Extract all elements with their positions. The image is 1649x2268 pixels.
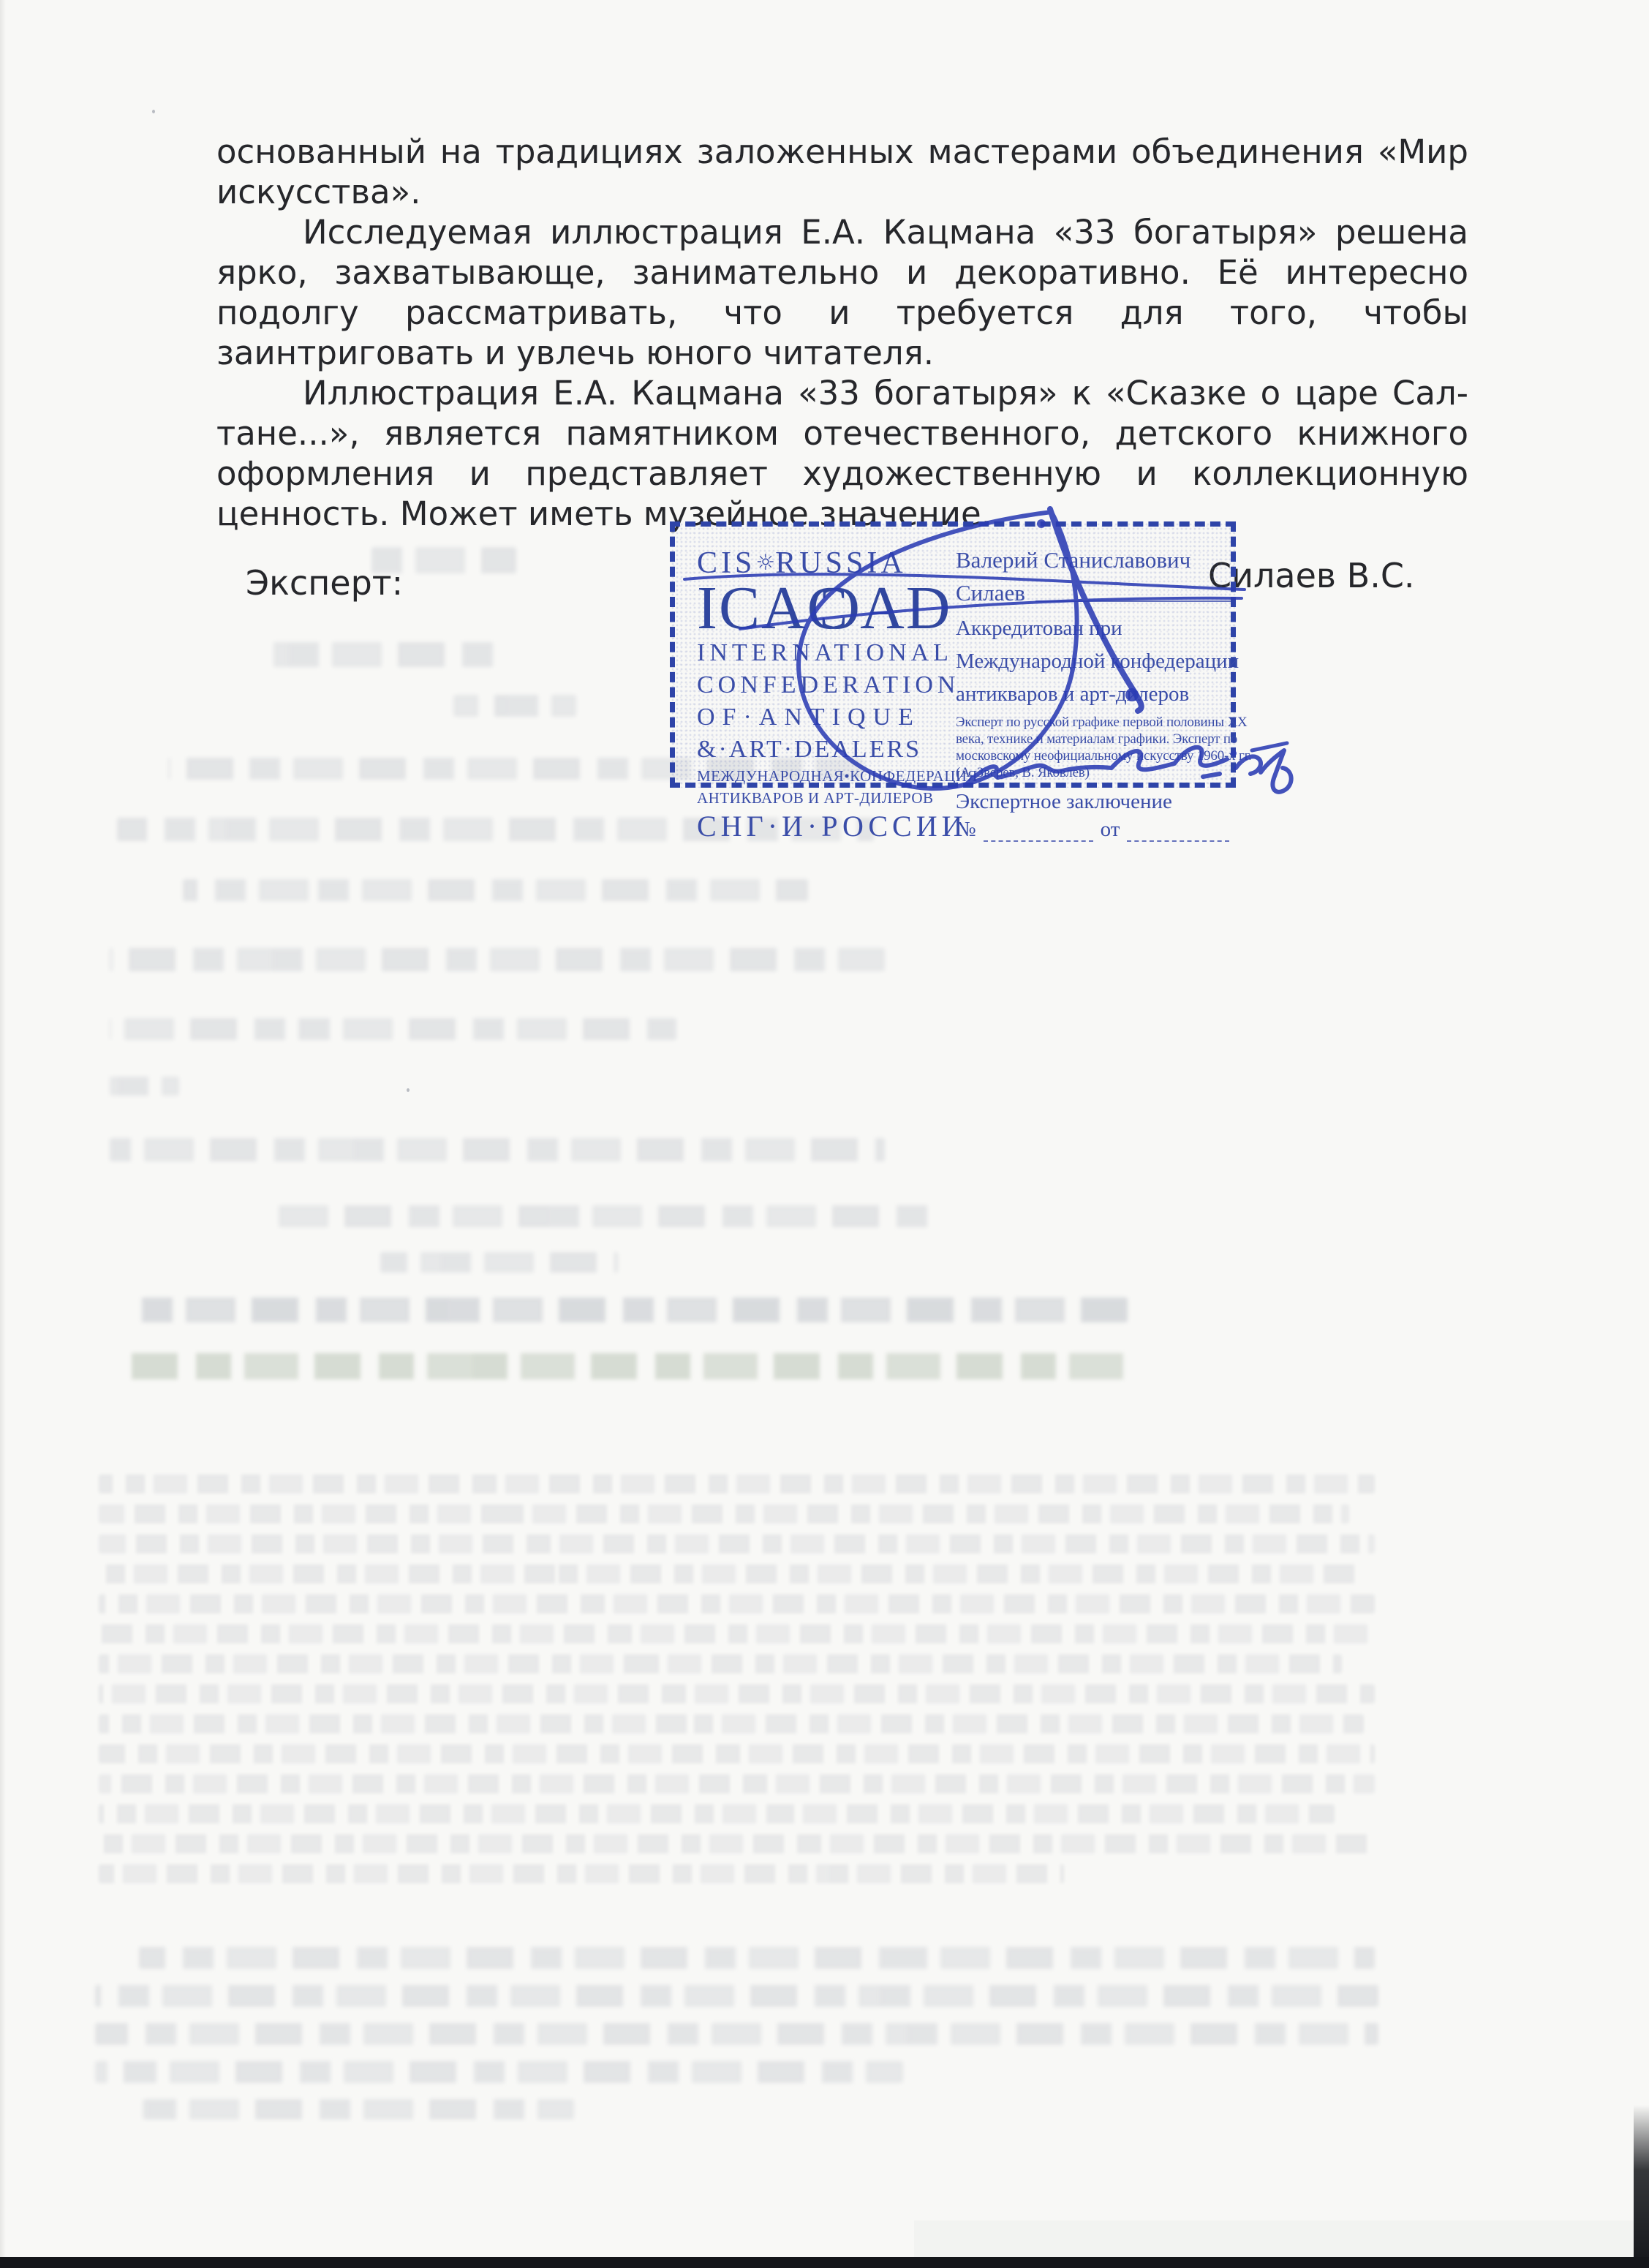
stamp-expertise-description: Эксперт по русской графике первой полови… — [956, 714, 1234, 781]
ghost-text-row — [183, 879, 808, 901]
stamp-accreditation-line: антикваров и арт-дилеров — [956, 682, 1234, 707]
stamp-accreditation-line: Международной конфедерации — [956, 649, 1234, 674]
stamp-person-surname: Силаев — [956, 580, 1234, 606]
number-label: № — [956, 818, 976, 842]
ghost-text-row — [453, 695, 576, 717]
stamp-accreditation-line: Аккредитован при — [956, 617, 1234, 641]
ghost-text-row — [99, 1804, 1335, 1823]
ghost-text-row — [99, 1744, 1375, 1763]
document-paragraph: Исследуемая иллюстрация Е.А. Кацмана «33… — [216, 212, 1468, 373]
stamp-line-confederation: CONFEDERATION — [697, 671, 946, 699]
document-paragraph: Иллюстрация Е.А. Кацмана «33 богатыря» к… — [216, 373, 1468, 534]
scanner-bottom-edge — [0, 2257, 1649, 2268]
ghost-text-row — [99, 1684, 1375, 1703]
ghost-text-row — [380, 1252, 618, 1273]
ghost-text-row — [124, 1297, 1128, 1322]
surname-underline — [1035, 600, 1231, 602]
date-blank-line — [1127, 821, 1229, 842]
stamp-conclusion-label: Экспертное заключение — [956, 790, 1234, 814]
ghost-text-row — [99, 1594, 1375, 1613]
ghost-text-row — [139, 1947, 1375, 1969]
logo-prefix: ICA — [697, 574, 807, 642]
expertise-line: века, технике и материалам графики. Эксп… — [956, 731, 1234, 747]
expertise-line: московскому неофициальному искусству 196… — [956, 747, 1234, 764]
ghost-text-row — [99, 1624, 1375, 1643]
expert-name: Силаев В.С. — [1208, 556, 1415, 595]
document-paragraph: основанный на традициях заложенных масте… — [216, 132, 1468, 212]
ghost-text-row — [110, 1138, 885, 1161]
scanner-right-edge — [1634, 2105, 1649, 2268]
stamp-left-column: CIS☼RUSSIA ICACCAD INTERNATIONAL CONFEDE… — [697, 546, 946, 843]
expert-label: Эксперт: — [246, 563, 403, 603]
ghost-text-row — [99, 1714, 1364, 1733]
ghost-text-row — [95, 1985, 1378, 2007]
ghost-text-row — [99, 1654, 1342, 1673]
number-blank-line — [984, 821, 1093, 842]
stamp-line-art-dealers: &·ART·DEALERS — [697, 736, 946, 764]
stamp-line-ru-confederation: МЕЖДУНАРОДНАЯ•КОНФЕДЕРАЦИЯ — [697, 767, 946, 785]
document-body-text: основанный на традициях заложенных масте… — [216, 132, 1468, 534]
ghost-text-row — [99, 1834, 1375, 1853]
ghost-text-row — [261, 642, 494, 667]
icaad-stamp: CIS☼RUSSIA ICACCAD INTERNATIONAL CONFEDE… — [670, 521, 1236, 788]
stamp-right-column: Валерий Станиславович Силаев Аккредитова… — [956, 547, 1234, 842]
date-label: от — [1101, 818, 1120, 842]
stamp-line-of-antique: OF·ANTIQUE — [697, 704, 946, 731]
stamp-line-ru-dealers: АНТИКВАРОВ И АРТ-ДИЛЕРОВ — [697, 789, 946, 807]
ghost-text-row — [95, 2023, 1378, 2045]
sun-ornament-icon: ☼ — [755, 550, 775, 576]
ghost-text-row — [99, 1864, 1064, 1883]
stamp-line-cis-and-russia: СНГ·И·РОССИИ — [697, 809, 946, 843]
scan-speck — [407, 1088, 410, 1092]
expertise-line: (А. Зверев, В. Яковлев) — [956, 764, 1234, 781]
ghost-text-row — [99, 1474, 1375, 1493]
ghost-text-row — [278, 1205, 940, 1227]
scan-speck — [152, 110, 155, 113]
ghost-text-row — [143, 2099, 574, 2120]
stamp-line-international: INTERNATIONAL — [697, 639, 946, 667]
ghost-text-row — [99, 1504, 1349, 1523]
ghost-text-row — [110, 1077, 179, 1096]
scan-shade — [914, 2220, 1634, 2257]
surname-text: Силаев — [956, 580, 1025, 606]
expertise-line: Эксперт по русской графике первой полови… — [956, 714, 1234, 731]
stamp-icaad-logotype: ICACCAD — [697, 582, 946, 635]
ghost-text-row — [95, 2061, 903, 2083]
logo-interlocked-c-mirrored: C — [818, 582, 860, 635]
ghost-text-row — [99, 1534, 1375, 1553]
ghost-text-row — [110, 1018, 676, 1040]
scanned-document-page: основанный на традициях заложенных масте… — [0, 0, 1649, 2268]
ghost-text-row — [121, 1353, 1128, 1379]
ghost-text-row — [99, 1774, 1375, 1793]
stamp-person-first-patronymic: Валерий Станиславович — [956, 547, 1234, 573]
ghost-text-row — [99, 1564, 1360, 1583]
stamp-number-date-row: № от — [956, 818, 1234, 842]
logo-suffix: AD — [860, 574, 951, 642]
ghost-text-row — [110, 948, 885, 971]
